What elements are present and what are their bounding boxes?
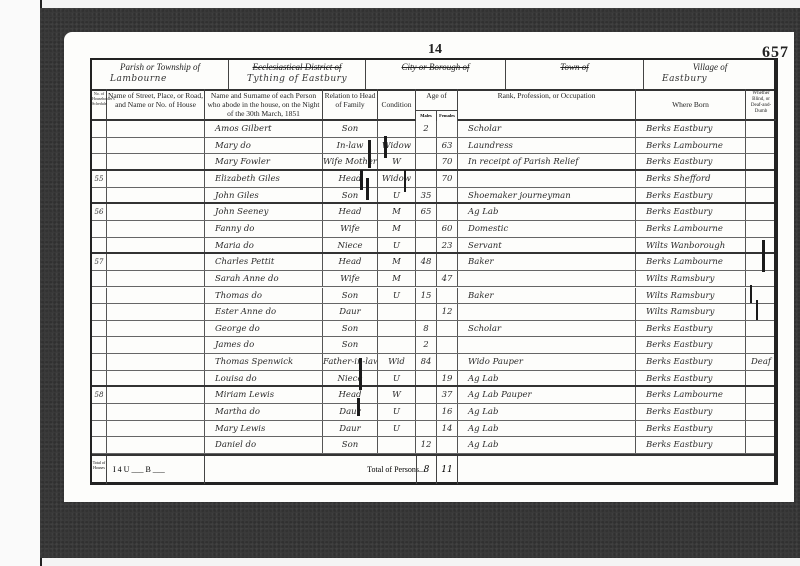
cell-street <box>107 138 205 154</box>
cell-where-born: Berks Eastbury <box>636 204 746 220</box>
cell-male-age: 2 <box>416 337 437 353</box>
cell-male-age <box>416 171 437 187</box>
cell-male-age: 8 <box>416 321 437 337</box>
cell-schedule <box>92 154 107 169</box>
village-value: Eastbury <box>662 74 776 84</box>
cell-street <box>107 254 205 270</box>
cell-schedule: 57 <box>92 254 107 270</box>
town-cell: Town of <box>506 60 644 89</box>
cell-condition <box>378 121 416 137</box>
cell-street <box>107 421 205 437</box>
cell-disability <box>746 404 776 420</box>
cell-where-born: Berks Eastbury <box>636 154 746 169</box>
cell-street <box>107 271 205 287</box>
table-row: Daniel doSon12Ag LabBerks Eastbury <box>92 437 774 454</box>
cell-relation: Head <box>323 387 378 403</box>
cell-disability <box>746 238 776 253</box>
cell-where-born: Wilts Ramsbury <box>636 271 746 287</box>
col-relation: Relation to Head of Family <box>323 89 378 121</box>
table-row: Martha doDaurU16Ag LabBerks Eastbury <box>92 404 774 421</box>
district-label: Ecclesiastical District of <box>229 62 365 72</box>
col-name: Name and Surname of each Person who abod… <box>205 89 323 121</box>
cell-male-age <box>416 271 437 287</box>
cell-relation: Daur <box>323 304 378 320</box>
cell-street <box>107 188 205 203</box>
cell-where-born: Berks Eastbury <box>636 121 746 137</box>
cell-street <box>107 437 205 453</box>
cell-disability <box>746 437 776 453</box>
cell-name: Fanny do <box>205 221 323 237</box>
cell-relation: Wife <box>323 271 378 287</box>
cell-male-age: 48 <box>416 254 437 270</box>
cell-occupation: Wido Pauper <box>458 354 636 370</box>
cell-where-born: Berks Lambourne <box>636 387 746 403</box>
cell-disability <box>746 387 776 403</box>
cell-where-born: Berks Eastbury <box>636 321 746 337</box>
cell-occupation: Ag Lab <box>458 204 636 220</box>
cell-schedule <box>92 321 107 337</box>
cell-schedule <box>92 421 107 437</box>
cell-female-age <box>437 188 458 203</box>
cell-name: John Giles <box>205 188 323 203</box>
cell-condition: U <box>378 238 416 253</box>
parish-value: Lambourne <box>110 74 228 84</box>
cell-relation: Niece <box>323 371 378 386</box>
tally-mark <box>384 136 387 158</box>
cell-name: James do <box>205 337 323 353</box>
cell-disability <box>746 421 776 437</box>
village-cell: Village of Eastbury <box>644 60 776 89</box>
cell-where-born: Berks Eastbury <box>636 337 746 353</box>
cell-male-age <box>416 138 437 154</box>
tally-mark <box>360 170 363 190</box>
total-houses-label: Total of Houses <box>92 456 107 484</box>
cell-where-born: Berks Eastbury <box>636 188 746 203</box>
table-row: George doSon8ScholarBerks Eastbury <box>92 321 774 338</box>
tally-mark <box>762 240 765 272</box>
table-row: Mary FowlerWife MotherW70In receipt of P… <box>92 154 774 171</box>
cell-schedule <box>92 404 107 420</box>
cell-disability <box>746 204 776 220</box>
table-row: Mary LewisDaurU14Ag LabBerks Eastbury <box>92 421 774 438</box>
cell-male-age <box>416 421 437 437</box>
table-row: Thomas SpenwickFather-in-lawWid84Wido Pa… <box>92 354 774 371</box>
cell-street <box>107 121 205 137</box>
cell-male-age: 2 <box>416 121 437 137</box>
table-row: 57Charles PettitHeadM48BakerBerks Lambou… <box>92 254 774 271</box>
cell-street <box>107 171 205 187</box>
cell-name: John Seeney <box>205 204 323 220</box>
cell-condition: U <box>378 371 416 386</box>
cell-name: Mary Lewis <box>205 421 323 437</box>
cell-male-age <box>416 404 437 420</box>
cell-schedule <box>92 437 107 453</box>
cell-street <box>107 387 205 403</box>
city-label: City or Borough of <box>366 62 505 72</box>
cell-schedule <box>92 337 107 353</box>
cell-name: Mary Fowler <box>205 154 323 169</box>
tally-mark <box>357 398 360 416</box>
cell-where-born: Berks Eastbury <box>636 404 746 420</box>
cell-relation: Son <box>323 321 378 337</box>
cell-where-born: Berks Lambourne <box>636 138 746 154</box>
cell-relation: Head <box>323 204 378 220</box>
cell-street <box>107 304 205 320</box>
cell-name: Martha do <box>205 404 323 420</box>
cell-disability <box>746 138 776 154</box>
cell-occupation: Ag Lab <box>458 371 636 386</box>
cell-schedule <box>92 188 107 203</box>
cell-name: Sarah Anne do <box>205 271 323 287</box>
cell-disability <box>746 304 776 320</box>
cell-name: Daniel do <box>205 437 323 453</box>
cell-where-born: Berks Lambourne <box>636 254 746 270</box>
cell-name: Thomas do <box>205 288 323 304</box>
cell-relation: Son <box>323 337 378 353</box>
table-row: 56John SeeneyHeadM65Ag LabBerks Eastbury <box>92 204 774 221</box>
cell-female-age: 19 <box>437 371 458 386</box>
cell-male-age: 35 <box>416 188 437 203</box>
cell-disability <box>746 188 776 203</box>
cell-occupation: Shoemaker journeyman <box>458 188 636 203</box>
table-row: Ester Anne doDaur12Wilts Ramsbury <box>92 304 774 321</box>
cell-name: Thomas Spenwick <box>205 354 323 370</box>
table-row: Mary doIn-lawWidow63LaundressBerks Lambo… <box>92 138 774 155</box>
table-row: 55Elizabeth GilesHeadWidow70Berks Sheffo… <box>92 171 774 188</box>
cell-street <box>107 371 205 386</box>
cell-disability <box>746 254 776 270</box>
cell-relation: Niece <box>323 238 378 253</box>
cell-occupation: Ag Lab <box>458 437 636 453</box>
cell-male-age <box>416 154 437 169</box>
cell-female-age: 70 <box>437 171 458 187</box>
total-houses-value: I 4 U ___ B ___ <box>107 456 205 484</box>
cell-disability <box>746 337 776 353</box>
cell-relation: Son <box>323 121 378 137</box>
cell-condition: M <box>378 221 416 237</box>
cell-disability <box>746 321 776 337</box>
cell-occupation <box>458 337 636 353</box>
cell-occupation: Ag Lab Pauper <box>458 387 636 403</box>
cell-name: Maria do <box>205 238 323 253</box>
cell-name: Louisa do <box>205 371 323 386</box>
cell-name: Ester Anne do <box>205 304 323 320</box>
cell-street <box>107 354 205 370</box>
cell-where-born: Wilts Wanborough <box>636 238 746 253</box>
cell-schedule <box>92 371 107 386</box>
cell-disability: Deaf <box>746 354 776 370</box>
cell-schedule <box>92 238 107 253</box>
cell-occupation <box>458 271 636 287</box>
cell-female-age: 37 <box>437 387 458 403</box>
cell-disability <box>746 121 776 137</box>
table-row: James doSon2Berks Eastbury <box>92 337 774 354</box>
col-occupation: Rank, Profession, or Occupation <box>458 89 636 121</box>
col-where-born: Where Born <box>636 89 746 121</box>
cell-street <box>107 321 205 337</box>
cell-name: Mary do <box>205 138 323 154</box>
cell-relation: Son <box>323 437 378 453</box>
cell-female-age: 14 <box>437 421 458 437</box>
cell-female-age: 16 <box>437 404 458 420</box>
census-table: Parish or Township of Lambourne Ecclesia… <box>90 58 778 485</box>
total-females: 11 <box>437 456 458 484</box>
cell-schedule <box>92 271 107 287</box>
totals-row: Total of Houses I 4 U ___ B ___ Total of… <box>92 454 774 484</box>
tally-mark <box>368 140 371 168</box>
cell-disability <box>746 221 776 237</box>
tally-mark <box>404 170 406 192</box>
cell-condition: M <box>378 204 416 220</box>
cell-where-born: Berks Eastbury <box>636 354 746 370</box>
cell-name: Elizabeth Giles <box>205 171 323 187</box>
cell-male-age: 65 <box>416 204 437 220</box>
city-cell: City or Borough of <box>366 60 506 89</box>
cell-schedule: 58 <box>92 387 107 403</box>
cell-female-age <box>437 121 458 137</box>
cell-condition <box>378 304 416 320</box>
cell-where-born: Berks Eastbury <box>636 421 746 437</box>
cell-schedule <box>92 221 107 237</box>
cell-relation: Head <box>323 171 378 187</box>
cell-relation: Daur <box>323 404 378 420</box>
col-age-of: Age of <box>416 89 458 110</box>
cell-relation: Wife <box>323 221 378 237</box>
cell-where-born: Berks Shefford <box>636 171 746 187</box>
cell-schedule <box>92 288 107 304</box>
table-row: Amos GilbertSon2ScholarBerks Eastbury <box>92 121 774 138</box>
cell-male-age: 15 <box>416 288 437 304</box>
cell-street <box>107 154 205 169</box>
cell-street <box>107 404 205 420</box>
tally-mark <box>750 285 752 303</box>
cell-street <box>107 337 205 353</box>
cell-occupation: Servant <box>458 238 636 253</box>
town-label: Town of <box>506 62 643 72</box>
cell-relation: Father-in-law <box>323 354 378 370</box>
col-females: Females <box>437 110 458 121</box>
table-row: Sarah Anne doWifeM47Wilts Ramsbury <box>92 271 774 288</box>
cell-occupation <box>458 171 636 187</box>
tally-mark <box>366 178 369 200</box>
cell-street <box>107 221 205 237</box>
district-cell: Ecclesiastical District of Tything of Ea… <box>229 60 366 89</box>
cell-disability <box>746 154 776 169</box>
cell-male-age <box>416 221 437 237</box>
cell-street <box>107 238 205 253</box>
cell-occupation: Scholar <box>458 321 636 337</box>
cell-condition: U <box>378 404 416 420</box>
parish-cell: Parish or Township of Lambourne <box>92 60 229 89</box>
village-label: Village of <box>644 62 776 72</box>
table-row: Maria doNieceU23ServantWilts Wanborough <box>92 238 774 255</box>
cell-female-age: 23 <box>437 238 458 253</box>
cell-disability <box>746 371 776 386</box>
cell-occupation: Scholar <box>458 121 636 137</box>
table-row: Louisa doNieceU19Ag LabBerks Eastbury <box>92 371 774 388</box>
cell-where-born: Berks Lambourne <box>636 221 746 237</box>
cell-condition: W <box>378 387 416 403</box>
table-row: Thomas doSonU15BakerWilts Ramsbury <box>92 288 774 305</box>
cell-relation: Daur <box>323 421 378 437</box>
col-street: Name of Street, Place, or Road, and Name… <box>107 89 205 121</box>
cell-disability <box>746 171 776 187</box>
col-condition: Condition <box>378 89 416 121</box>
cell-male-age <box>416 304 437 320</box>
cell-relation: Son <box>323 188 378 203</box>
cell-schedule: 56 <box>92 204 107 220</box>
cell-female-age <box>437 204 458 220</box>
table-row: 58Miriam LewisHeadW37Ag Lab PauperBerks … <box>92 387 774 404</box>
cell-condition <box>378 321 416 337</box>
cell-male-age <box>416 238 437 253</box>
cell-name: Amos Gilbert <box>205 121 323 137</box>
scan-left-margin <box>0 0 42 566</box>
table-row: John GilesSonU35Shoemaker journeymanBerk… <box>92 188 774 205</box>
cell-occupation: Domestic <box>458 221 636 237</box>
cell-where-born: Wilts Ramsbury <box>636 288 746 304</box>
cell-schedule <box>92 354 107 370</box>
cell-occupation: Ag Lab <box>458 421 636 437</box>
col-disability: Whether Blind, or Deaf-and-Dumb <box>746 89 776 121</box>
cell-relation: Son <box>323 288 378 304</box>
district-value: Tything of Eastbury <box>247 74 365 84</box>
cell-condition: M <box>378 271 416 287</box>
tally-mark <box>756 300 758 320</box>
col-males: Males <box>416 110 437 121</box>
cell-male-age: 84 <box>416 354 437 370</box>
cell-female-age: 47 <box>437 271 458 287</box>
cell-street <box>107 288 205 304</box>
cell-relation: Head <box>323 254 378 270</box>
cell-condition <box>378 337 416 353</box>
cell-condition: U <box>378 188 416 203</box>
cell-occupation <box>458 304 636 320</box>
col-schedule: No. of Householder's Schedule <box>92 89 107 121</box>
cell-female-age: 12 <box>437 304 458 320</box>
cell-female-age: 63 <box>437 138 458 154</box>
cell-schedule <box>92 121 107 137</box>
cell-occupation: Ag Lab <box>458 404 636 420</box>
cell-male-age: 12 <box>416 437 437 453</box>
cell-where-born: Wilts Ramsbury <box>636 304 746 320</box>
cell-condition: Wid <box>378 354 416 370</box>
cell-street <box>107 204 205 220</box>
cell-schedule <box>92 138 107 154</box>
cell-name: Miriam Lewis <box>205 387 323 403</box>
cell-female-age <box>437 337 458 353</box>
cell-name: George do <box>205 321 323 337</box>
cell-female-age <box>437 354 458 370</box>
cell-female-age <box>437 288 458 304</box>
cell-condition <box>378 437 416 453</box>
cell-female-age: 60 <box>437 221 458 237</box>
cell-occupation: Baker <box>458 254 636 270</box>
cell-where-born: Berks Eastbury <box>636 437 746 453</box>
cell-female-age <box>437 321 458 337</box>
cell-male-age <box>416 387 437 403</box>
cell-schedule <box>92 304 107 320</box>
cell-where-born: Berks Eastbury <box>636 371 746 386</box>
table-row: Fanny doWifeM60DomesticBerks Lambourne <box>92 221 774 238</box>
cell-condition: M <box>378 254 416 270</box>
cell-female-age: 70 <box>437 154 458 169</box>
cell-occupation: Laundress <box>458 138 636 154</box>
tally-mark <box>359 358 362 390</box>
cell-female-age <box>437 254 458 270</box>
cell-male-age <box>416 371 437 386</box>
parish-label: Parish or Township of <box>92 62 228 72</box>
total-males: 8 <box>416 456 437 484</box>
cell-condition: Widow <box>378 171 416 187</box>
cell-occupation: Baker <box>458 288 636 304</box>
cell-occupation: In receipt of Parish Relief <box>458 154 636 169</box>
cell-condition: U <box>378 421 416 437</box>
cell-schedule: 55 <box>92 171 107 187</box>
location-header: Parish or Township of Lambourne Ecclesia… <box>92 60 774 91</box>
page-number: 14 <box>428 42 442 58</box>
cell-name: Charles Pettit <box>205 254 323 270</box>
cell-condition: U <box>378 288 416 304</box>
cell-female-age <box>437 437 458 453</box>
